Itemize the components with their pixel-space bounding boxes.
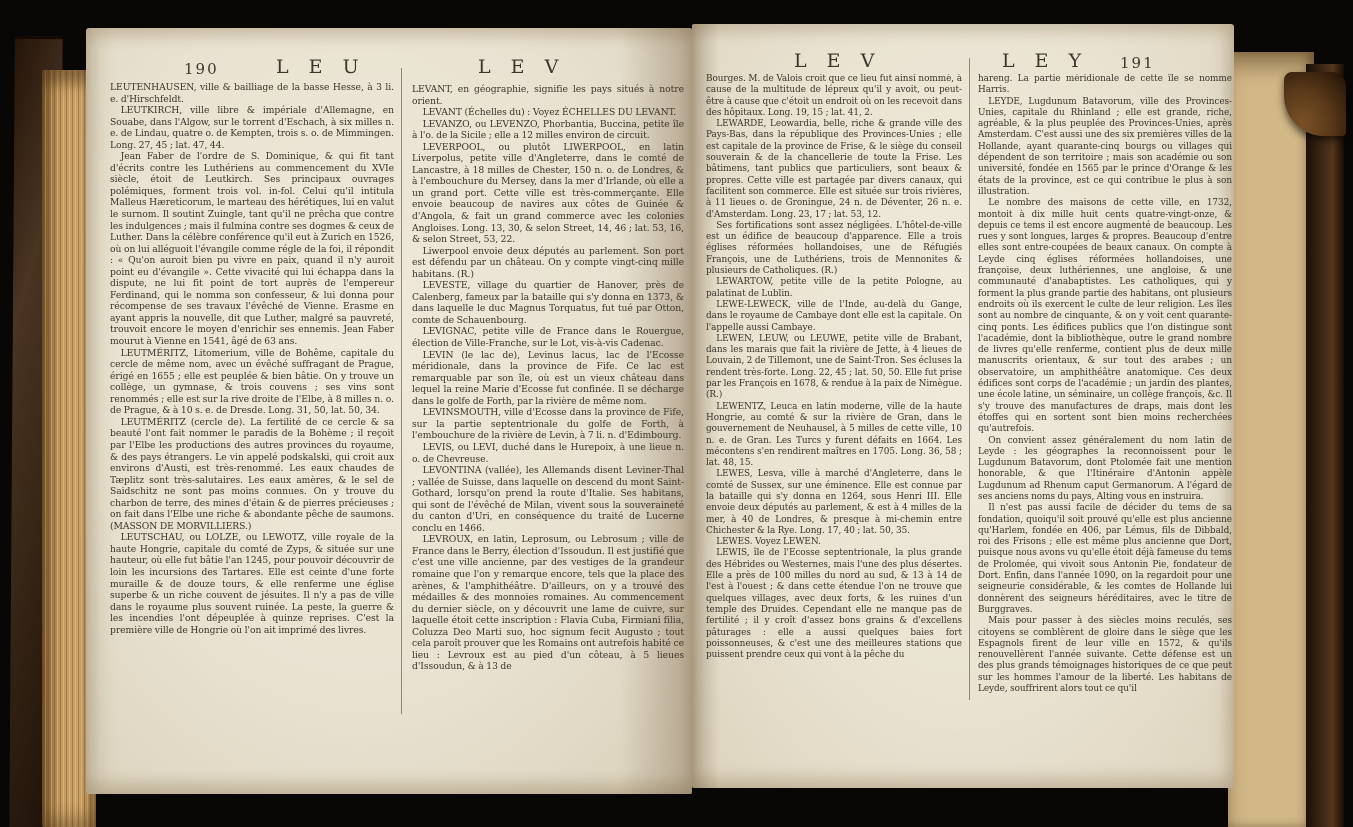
dictionary-entry: LEYDE, Lugdunum Batavorum, ville des Pro… bbox=[978, 97, 1232, 199]
dictionary-entry: LEVIGNAC, petite ville de France dans le… bbox=[412, 326, 684, 349]
page-block-fore-edge-right bbox=[1228, 52, 1314, 827]
dictionary-entry: LEUTENHAUSEN, ville & bailliage de la ba… bbox=[110, 82, 394, 105]
dictionary-entry: LEWIS, île de l'Ecosse septentrionale, l… bbox=[706, 548, 962, 661]
running-head-ley: L E Y bbox=[1002, 50, 1088, 72]
dictionary-entry: LEVESTE, village du quartier de Hanover,… bbox=[412, 280, 684, 326]
page-number: 190 bbox=[184, 60, 219, 78]
left-page: 190 L E U L E V LEUTENHAUSEN, ville & ba… bbox=[86, 28, 692, 794]
running-head-lev: L E V bbox=[478, 56, 565, 78]
dictionary-entry: Le nombre des maisons de cette ville, en… bbox=[978, 198, 1232, 435]
dictionary-entry: LEWARDE, Leowardia, belle, riche & grand… bbox=[706, 119, 962, 221]
running-head-leu: L E U bbox=[276, 56, 366, 78]
dictionary-entry: LEVANT (Échelles du) : Voyez ÉCHELLES DU… bbox=[412, 107, 684, 119]
column-rule bbox=[401, 68, 402, 714]
running-head-lev-2: L E V bbox=[794, 50, 881, 72]
dictionary-entry: LEUTSCHAU, ou LOLZE, ou LEWOTZ, ville ro… bbox=[110, 532, 394, 636]
dictionary-entry: LEVANZO, ou LEVENZO, Phorbantia, Buccina… bbox=[412, 119, 684, 142]
dictionary-entry: hareng. La partie méridionale de cette î… bbox=[978, 74, 1232, 97]
dictionary-entry: LEVINSMOUTH, ville d'Ecosse dans la prov… bbox=[412, 407, 684, 442]
dictionary-entry: Bourges. M. de Valois croit que ce lieu … bbox=[706, 74, 962, 119]
dictionary-entry: LEUTKIRCH, ville libre & impériale d'All… bbox=[110, 105, 394, 151]
dictionary-entry: LEVIS, ou LEVI, duché dans le Hurepoix, … bbox=[412, 442, 684, 465]
dictionary-entry: Ses fortifications sont assez négligées.… bbox=[706, 221, 962, 277]
dictionary-entry: LEWENTZ, Leuca en latin moderne, ville d… bbox=[706, 402, 962, 470]
dictionary-entry: Liwerpool envoie deux députés au parleme… bbox=[412, 246, 684, 281]
column-rule bbox=[969, 58, 970, 700]
dictionary-entry: Jean Faber de l'ordre de S. Dominique, &… bbox=[110, 151, 394, 347]
dictionary-entry: LEWARTOW, petite ville de la petite Polo… bbox=[706, 277, 962, 300]
text-column-left-1: LEUTENHAUSEN, ville & bailliage de la ba… bbox=[110, 82, 394, 734]
dictionary-entry: LEWES, Lesva, ville à marché d'Angleterr… bbox=[706, 469, 962, 537]
right-page: L E V L E Y 191 Bourges. M. de Valois cr… bbox=[692, 24, 1234, 788]
dictionary-entry: LEVANT, en géographie, signifie les pays… bbox=[412, 84, 684, 107]
dictionary-entry: LEUTMÉRITZ (cercle de). La fertilité de … bbox=[110, 417, 394, 532]
dictionary-entry: LEWES. Voyez LEWEN. bbox=[706, 537, 962, 548]
dictionary-entry: LEVONTINA (vallée), les Allemands disent… bbox=[412, 465, 684, 534]
page-number: 191 bbox=[1120, 54, 1155, 72]
text-column-right-2: hareng. La partie méridionale de cette î… bbox=[978, 74, 1232, 722]
text-column-left-2: LEVANT, en géographie, signifie les pays… bbox=[412, 84, 684, 734]
dictionary-entry: LEWEN, LEUW, ou LEUWE, petite ville de B… bbox=[706, 334, 962, 402]
dictionary-entry: LEVROUX, en latin, Leprosum, ou Lebrosum… bbox=[412, 534, 684, 673]
dictionary-entry: LEVIN (le lac de), Levinus lacus, lac de… bbox=[412, 350, 684, 408]
text-column-right-1: Bourges. M. de Valois croit que ce lieu … bbox=[706, 74, 962, 722]
book-cover-right-edge bbox=[1306, 64, 1344, 827]
dictionary-entry: Il n'est pas aussi facile de décider du … bbox=[978, 503, 1232, 616]
dictionary-entry: LEWE-LEWECK, ville de l'Inde, au-delà du… bbox=[706, 300, 962, 334]
dictionary-entry: LEVERPOOL, ou plutôt LIWERPOOL, en latin… bbox=[412, 142, 684, 246]
dictionary-entry: Mais pour passer à des siècles moins rec… bbox=[978, 616, 1232, 695]
dictionary-entry: LEUTMÉRITZ, Litomerium, ville de Bohême,… bbox=[110, 348, 394, 417]
photograph-of-open-book: 190 L E U L E V LEUTENHAUSEN, ville & ba… bbox=[0, 0, 1353, 827]
dictionary-entry: On convient assez généralement du nom la… bbox=[978, 436, 1232, 504]
